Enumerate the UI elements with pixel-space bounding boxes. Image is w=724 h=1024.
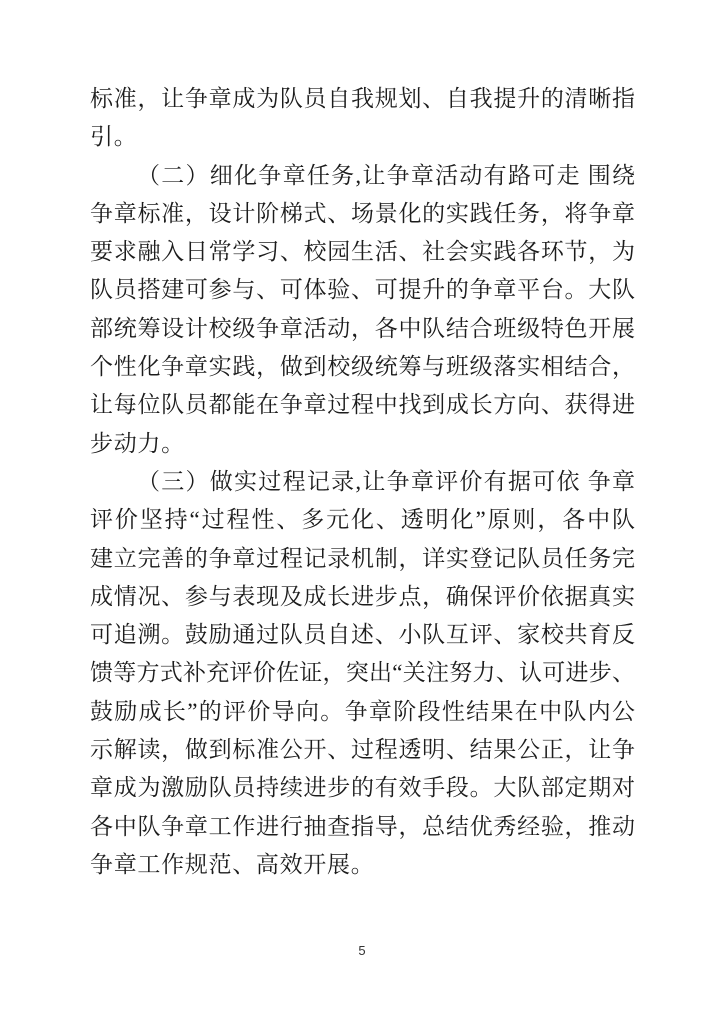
section-heading-3: （三）做实过程记录,让争章评价有据可依 争章 bbox=[90, 463, 635, 501]
text-line: 评价坚持“过程性、多元化、透明化”原则，各中队 bbox=[90, 501, 635, 539]
text-line: 让每位队员都能在争章过程中找到成长方向、获得进 bbox=[90, 386, 635, 424]
page-number: 5 bbox=[0, 942, 724, 960]
body-text: 标准，让争章成为队员自我规划、自我提升的清晰指 引。 （二）细化争章任务,让争章… bbox=[90, 80, 635, 884]
text-line: 步动力。 bbox=[90, 425, 635, 463]
text-line: 标准，让争章成为队员自我规划、自我提升的清晰指 bbox=[90, 80, 635, 118]
text-line: 争章工作规范、高效开展。 bbox=[90, 846, 635, 884]
text-line: 个性化争章实践，做到校级统筹与班级落实相结合， bbox=[90, 348, 635, 386]
text-line: 要求融入日常学习、校园生活、社会实践各环节，为 bbox=[90, 233, 635, 271]
document-page: 标准，让争章成为队员自我规划、自我提升的清晰指 引。 （二）细化争章任务,让争章… bbox=[0, 0, 724, 1024]
text-line: 馈等方式补充评价佐证，突出“关注努力、认可进步、 bbox=[90, 654, 635, 692]
text-line: 部统筹设计校级争章活动，各中队结合班级特色开展 bbox=[90, 310, 635, 348]
text-line: 引。 bbox=[90, 118, 635, 156]
text-line: 章成为激励队员持续进步的有效手段。大队部定期对 bbox=[90, 769, 635, 807]
text-line: 成情况、参与表现及成长进步点，确保评价依据真实 bbox=[90, 578, 635, 616]
text-line: 各中队争章工作进行抽查指导，总结优秀经验，推动 bbox=[90, 808, 635, 846]
text-line: 示解读，做到标准公开、过程透明、结果公正，让争 bbox=[90, 731, 635, 769]
text-line: 争章标准，设计阶梯式、场景化的实践任务，将争章 bbox=[90, 195, 635, 233]
text-line: 建立完善的争章过程记录机制，详实登记队员任务完 bbox=[90, 540, 635, 578]
text-line: 可追溯。鼓励通过队员自述、小队互评、家校共育反 bbox=[90, 616, 635, 654]
text-line: 队员搭建可参与、可体验、可提升的争章平台。大队 bbox=[90, 271, 635, 309]
section-heading-2: （二）细化争章任务,让争章活动有路可走 围绕 bbox=[90, 157, 635, 195]
text-line: 鼓励成长”的评价导向。争章阶段性结果在中队内公 bbox=[90, 693, 635, 731]
